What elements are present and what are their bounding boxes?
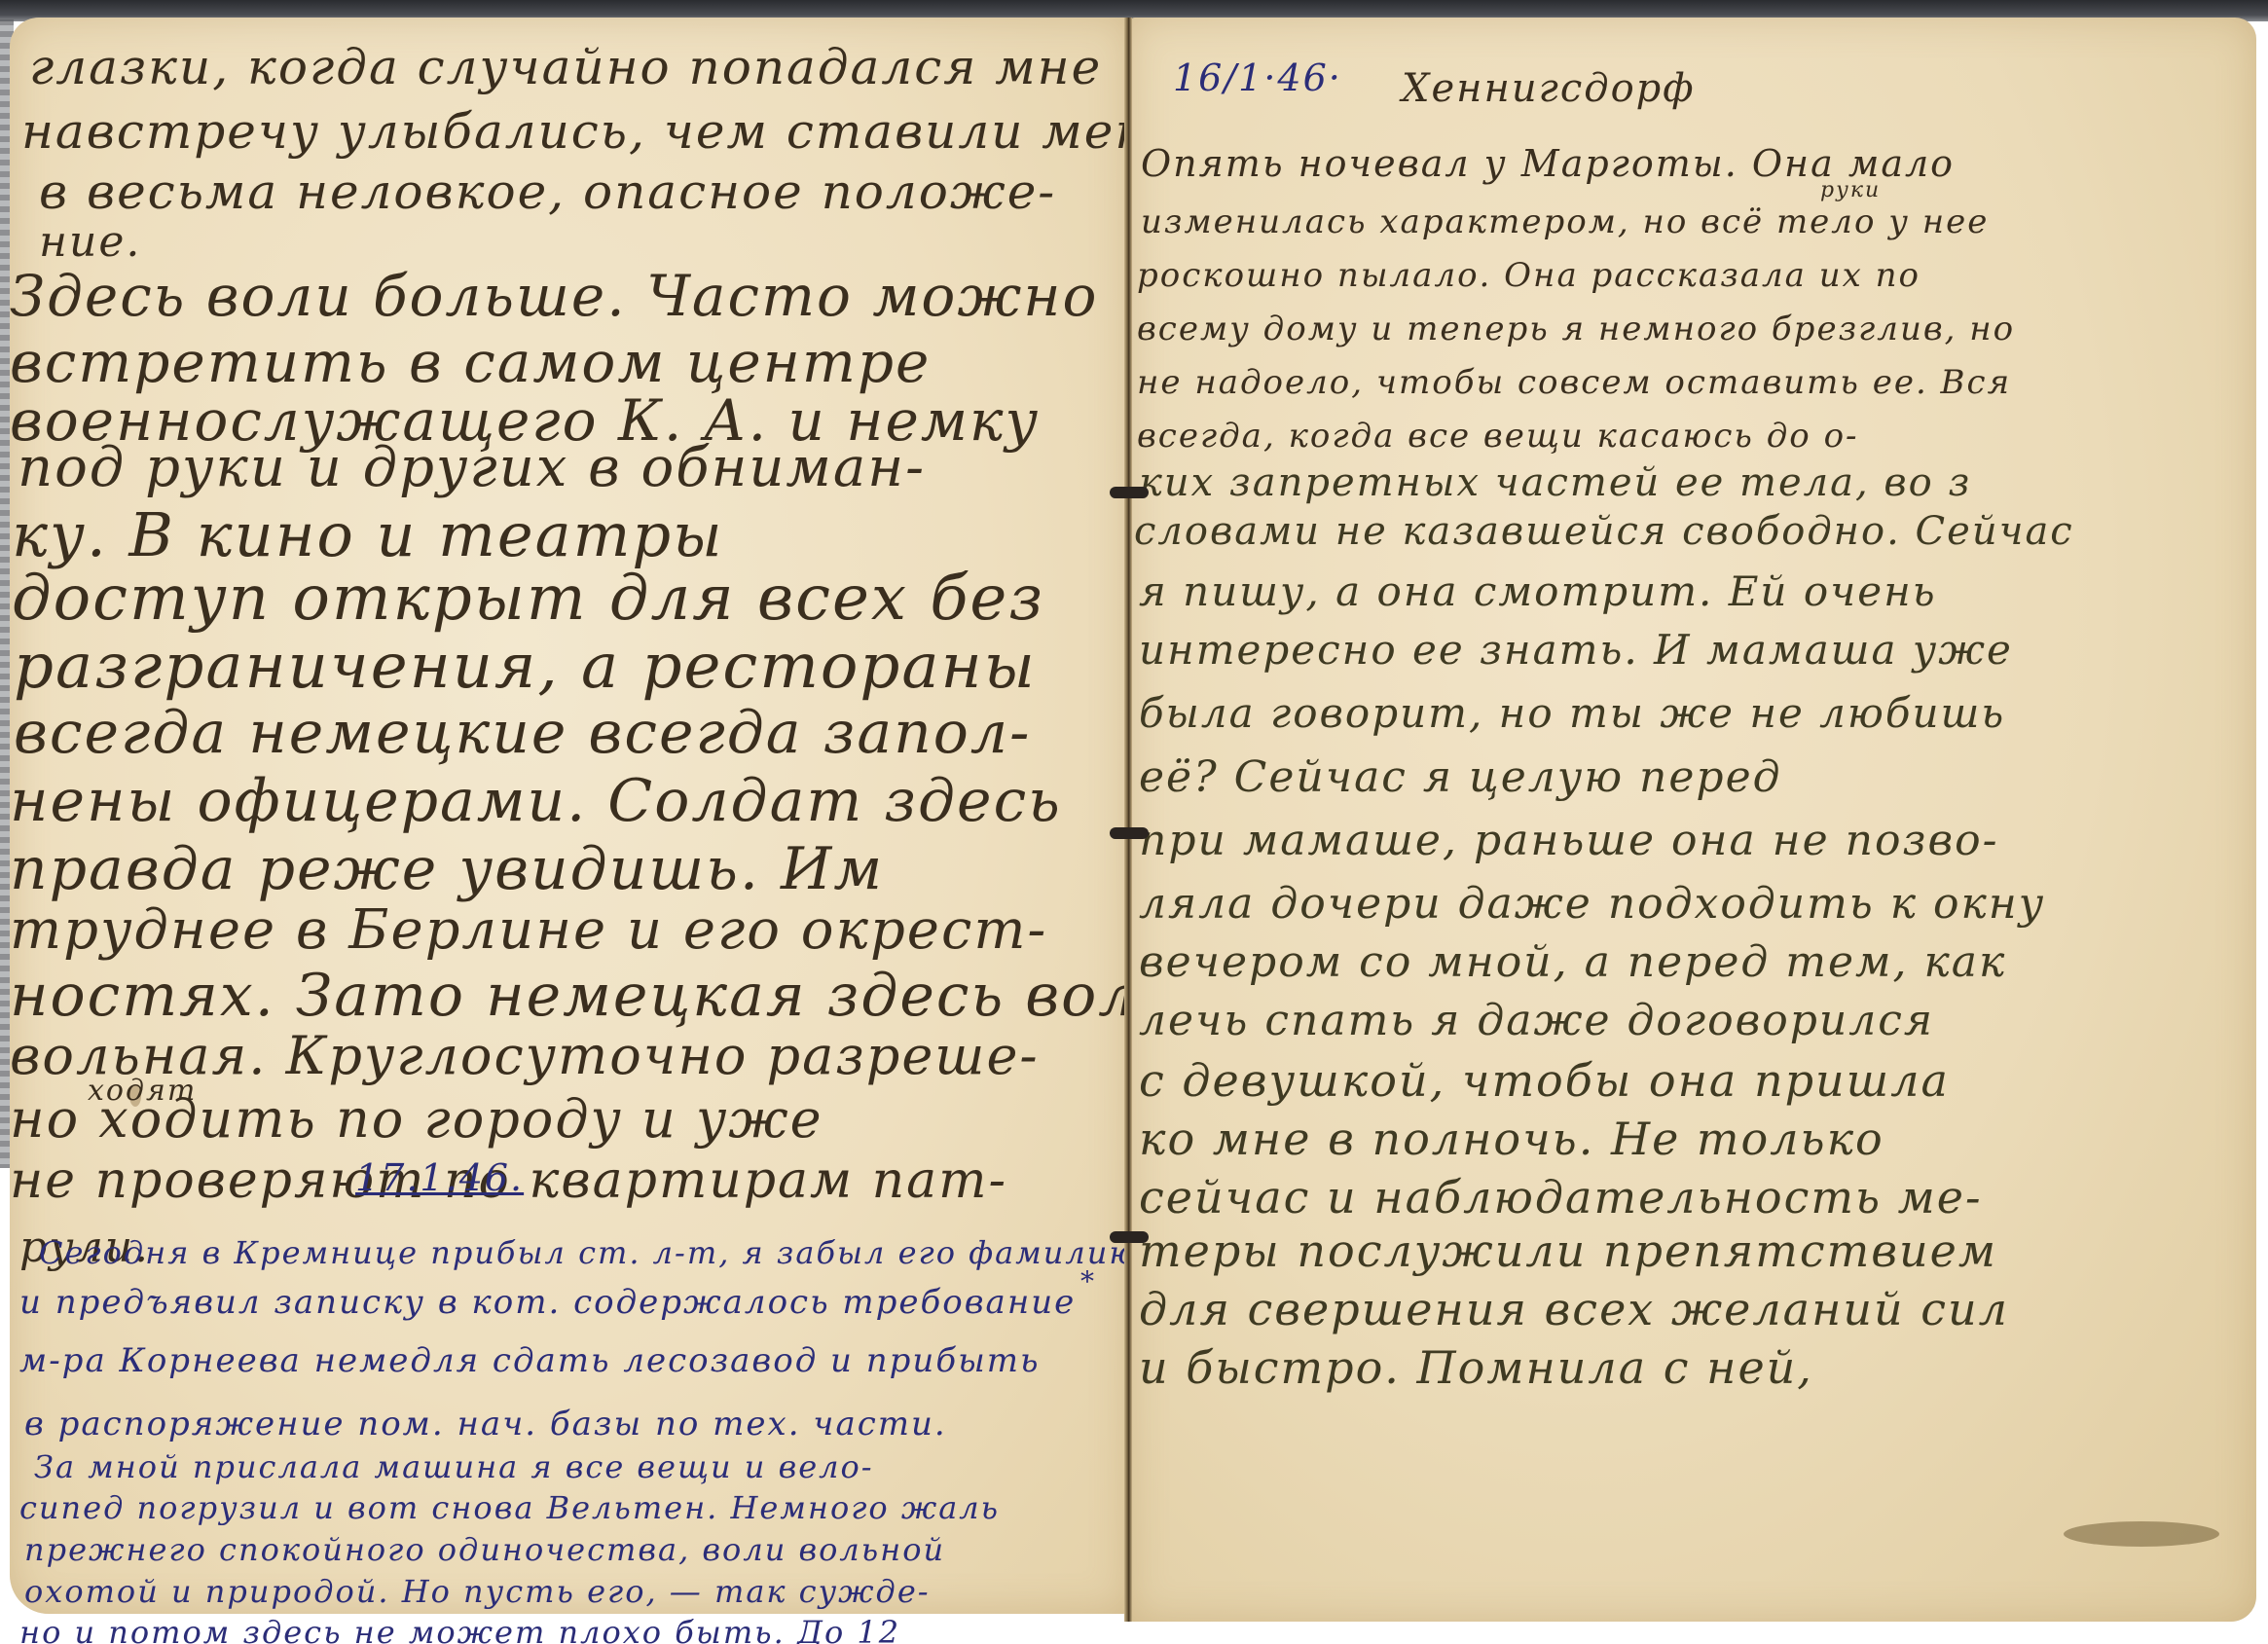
text-line: прежнего спокойного одиночества, воли во… [24, 1531, 945, 1568]
left-page-text: глазки, когда случайно попадался мне нав… [10, 18, 1129, 1614]
text-line: встретить в самом центре [10, 329, 931, 395]
text-line: доступ открыт для всех без [12, 563, 1044, 635]
text-line: ностях. Зато немецкая здесь воля [10, 962, 1178, 1030]
right-page-text-lower: раньше она скрывала границу [1129, 18, 2256, 1622]
text-line: ку. В кино и театры [12, 499, 724, 570]
text-line: разграничения, а рестораны [14, 631, 1037, 703]
text-line: в распоряжение пом. нач. базы по тех. ча… [24, 1405, 947, 1443]
text-line: и предъявил записку в кот. содержалось т… [19, 1283, 1076, 1322]
asterisk-mark: * [1080, 1265, 1096, 1297]
text-line: но и потом здесь не может плохо быть. До… [19, 1614, 900, 1644]
entry-date: 17.1.46. [355, 1156, 524, 1199]
text-line: Здесь воли больше. Часто можно [10, 263, 1098, 329]
text-line: охотой и природой. Но пусть его, — так с… [24, 1573, 931, 1610]
text-line: ние. [39, 217, 141, 267]
text-line: За мной прислала машина я все вещи и вел… [34, 1448, 874, 1485]
text-line: всегда немецкие всегда запол- [14, 699, 1031, 767]
left-page: глазки, когда случайно попадался мне нав… [10, 18, 1129, 1614]
text-line: навстречу улыбались, чем ставили меня [21, 103, 1183, 160]
text-line: м-ра Корнеева немедля сдать лесозавод и … [19, 1341, 1041, 1380]
staple [1110, 827, 1149, 839]
text-line: под руки и других в обниман- [18, 436, 926, 499]
text-line: глазки, когда случайно попадался мне [29, 39, 1102, 95]
text-line: но ходить по городу и уже [10, 1088, 823, 1150]
text-line: Сегодня в Кремнице прибыл ст. л-т, я заб… [39, 1234, 1139, 1271]
text-line: сипед погрузил и вот снова Вельтен. Немн… [19, 1489, 1000, 1526]
text-line: правда реже увидишь. Им [10, 835, 884, 903]
staple [1110, 487, 1149, 498]
staple [1110, 1231, 1149, 1243]
text-line: нены офицерами. Солдат здесь [10, 767, 1062, 835]
text-line: в весьма неловкое, опасное положе- [39, 164, 1056, 220]
book-spine [1124, 18, 1132, 1622]
text-line: труднее в Берлине и его окрест- [10, 898, 1047, 962]
